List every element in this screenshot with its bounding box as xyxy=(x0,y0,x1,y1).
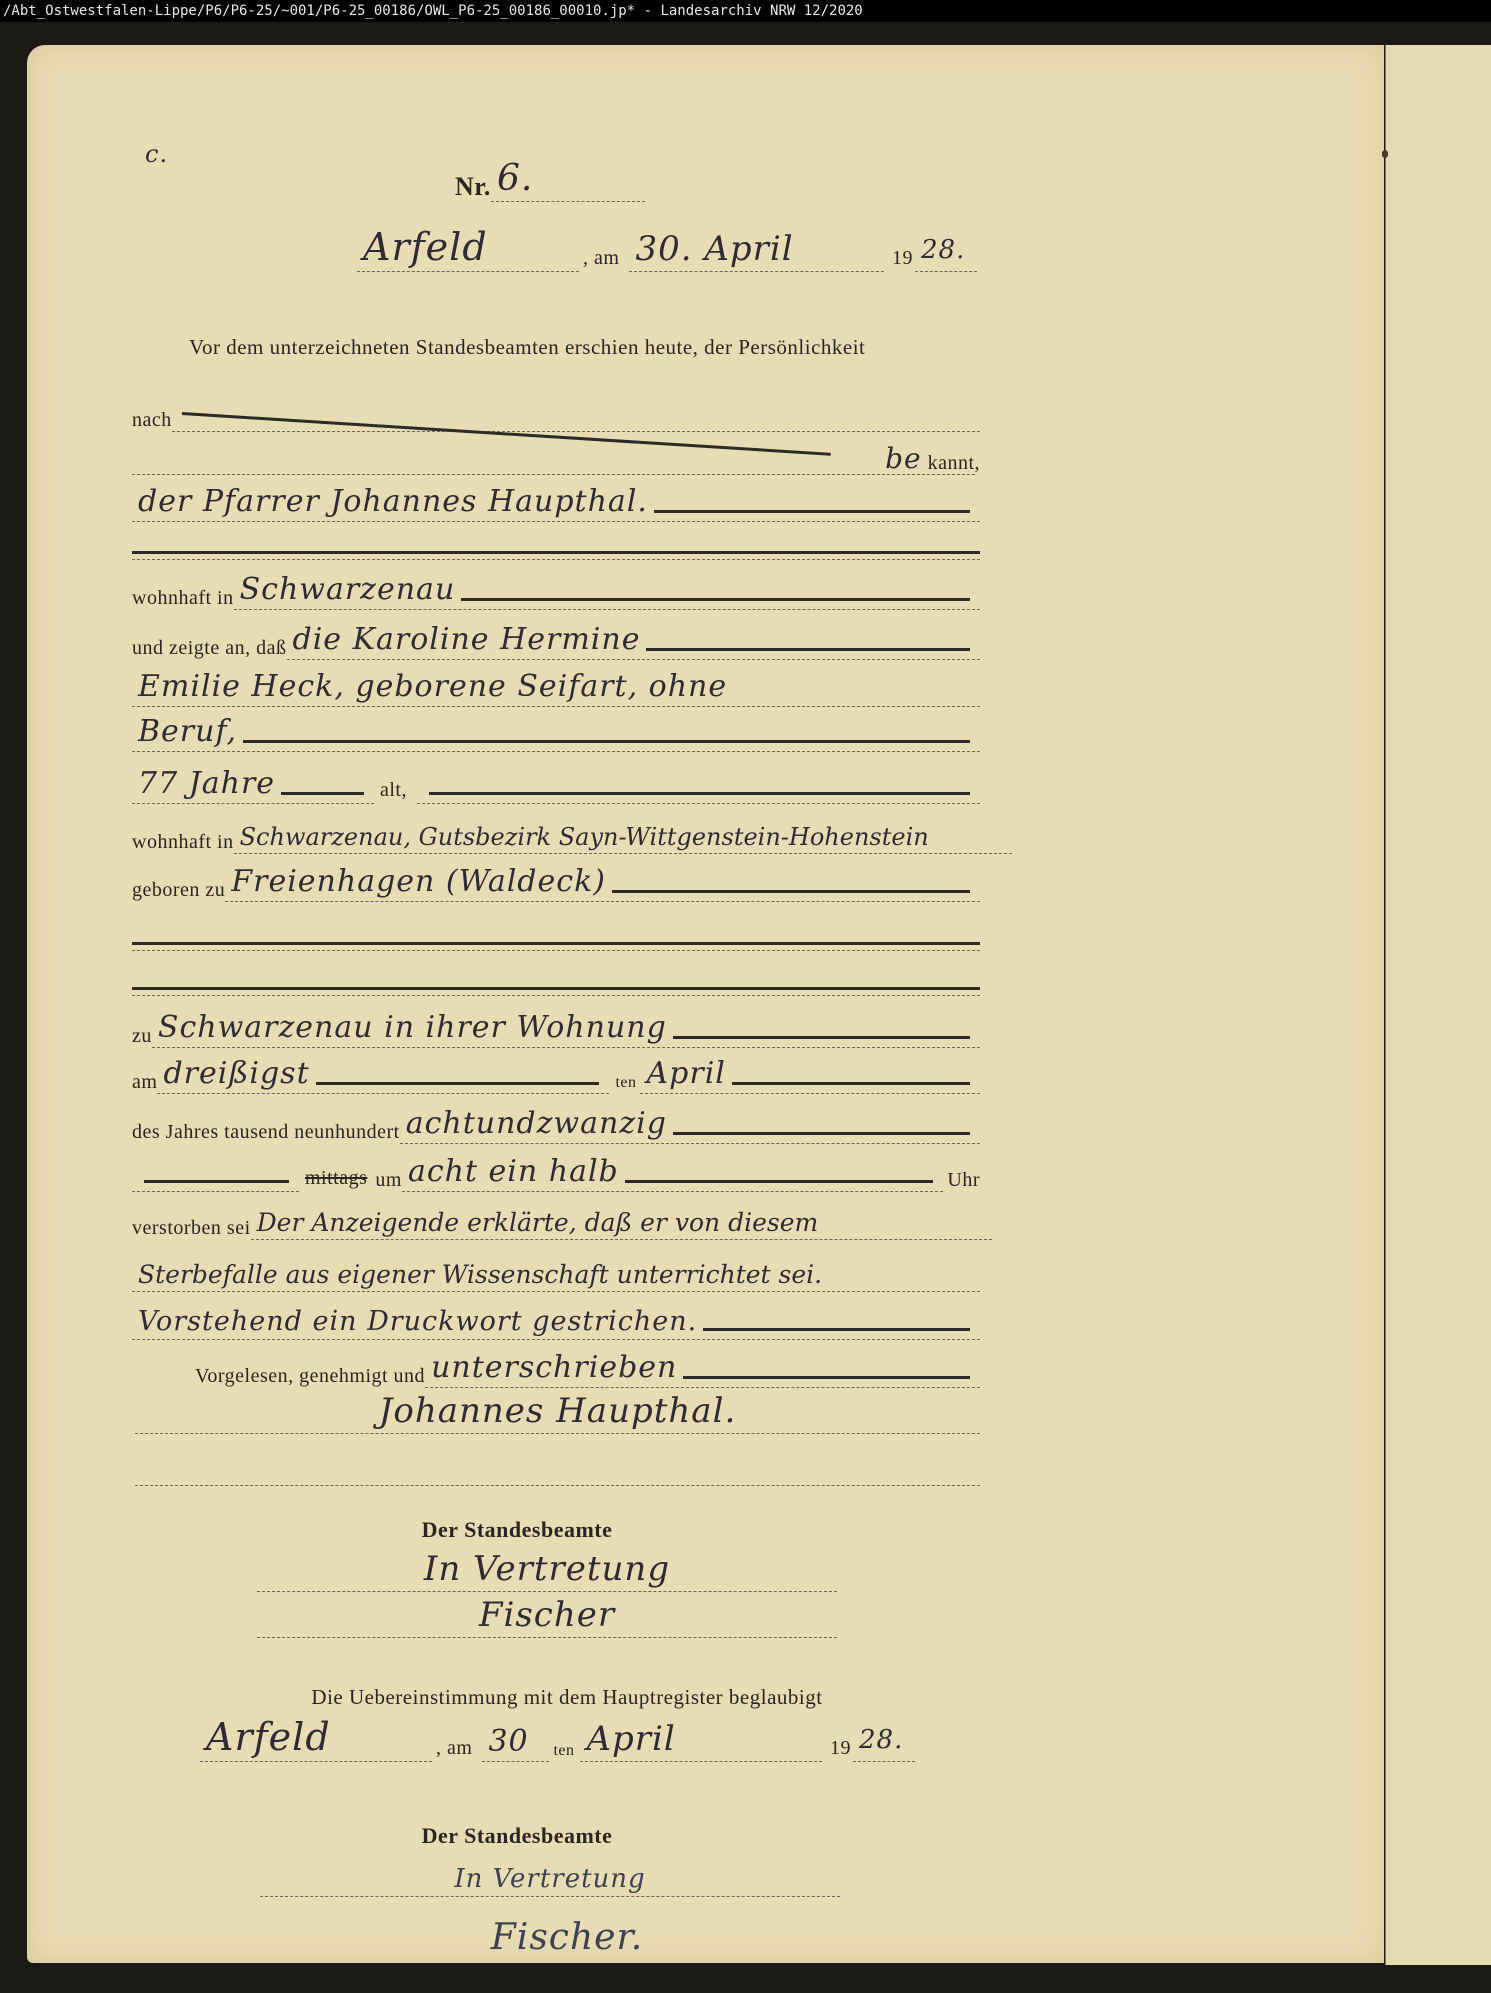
intro-text: Vor dem unterzeichneten Standesbeamten e… xyxy=(189,335,979,360)
death-time: acht ein halb xyxy=(402,1155,943,1192)
cert-year-suffix: 28. xyxy=(853,1725,915,1762)
official-line2-row: Fischer xyxy=(257,1601,837,1638)
certification-place: Arfeld xyxy=(200,1725,432,1762)
birthplace: Freienhagen (Waldeck) xyxy=(225,865,980,902)
time-prefix-filler xyxy=(132,1155,299,1192)
binding-stitch xyxy=(1382,150,1388,158)
deceased-name-row3: Beruf, xyxy=(132,715,980,752)
register-page: c. Nr. 6. Arfeld , am 30. April 19 28. V… xyxy=(27,45,1384,1963)
wohnhaft-label: wohnhaft in xyxy=(132,831,234,854)
cert-official-signature: Fischer. xyxy=(457,1917,677,1958)
cert-am-label: , am xyxy=(436,1737,472,1760)
am-label: am xyxy=(132,1071,157,1094)
death-date-row: am dreißigst ten April xyxy=(132,1057,980,1094)
death-day: dreißigst xyxy=(157,1057,609,1094)
filler-line xyxy=(132,942,980,945)
cert-official-title: Der Standesbeamte xyxy=(357,1823,677,1849)
announcement-row: und zeigte an, daß die Karoline Hermine xyxy=(132,623,980,660)
approval-value: unterschrieben xyxy=(425,1351,980,1388)
birthplace-row: geboren zu Freienhagen (Waldeck) xyxy=(132,865,980,902)
wohnhaft-label: wohnhaft in xyxy=(132,587,234,610)
mittags-label-struck: mittags xyxy=(305,1167,367,1190)
cert-year-prefix: 19 xyxy=(830,1737,851,1760)
year-suffix: 28. xyxy=(915,235,977,272)
nr-value: 6. xyxy=(491,165,645,202)
place-date-row: Arfeld , am 30. April 19 28. xyxy=(357,235,977,272)
geboren-label: geboren zu xyxy=(132,879,225,902)
nach-field xyxy=(172,395,980,432)
death-place-row: zu Schwarzenau in ihrer Wohnung xyxy=(132,1011,980,1048)
remark-line2: Sterbefalle aus eigener Wissenschaft unt… xyxy=(132,1255,980,1292)
official-title: Der Standesbeamte xyxy=(357,1517,677,1543)
certification-text: Die Uebereinstimmung mit dem Hauptregist… xyxy=(267,1685,867,1710)
record-number-row: Nr. 6. xyxy=(455,165,645,202)
death-year: achtundzwanzig xyxy=(400,1107,980,1144)
jahres-label: des Jahres tausend neunhundert xyxy=(132,1121,400,1144)
approval-label: Vorgelesen, genehmigt und xyxy=(195,1365,425,1388)
remark-line1: Der Anzeigende erklärte, daß er von dies… xyxy=(251,1203,992,1240)
deceased-name-line1: die Karoline Hermine xyxy=(287,623,981,660)
age-row: 77 Jahre alt, xyxy=(132,767,980,804)
corner-mark: c. xyxy=(145,140,168,168)
dotted-rule xyxy=(132,950,980,951)
window-title-bar: /Abt_Ostwestfalen-Lippe/P6/P6-25/~001/P6… xyxy=(0,0,1491,22)
remark-row3: Vorstehend ein Druckwort gestrichen. xyxy=(132,1303,980,1340)
informant-signature-row: Johannes Haupthal. xyxy=(135,1397,980,1434)
cert-ten-label: ten xyxy=(553,1742,574,1760)
certification-month: April xyxy=(580,1725,822,1762)
nr-label: Nr. xyxy=(455,172,491,202)
approval-row: Vorgelesen, genehmigt und unterschrieben xyxy=(195,1351,980,1388)
filler-line xyxy=(132,987,980,990)
nach-label: nach xyxy=(132,409,172,432)
death-year-row: des Jahres tausend neunhundert achtundzw… xyxy=(132,1107,980,1144)
year-prefix: 19 xyxy=(892,247,913,270)
death-place: Schwarzenau in ihrer Wohnung xyxy=(152,1011,980,1048)
nach-row: nach xyxy=(132,395,980,432)
alt-label: alt, xyxy=(380,779,407,802)
certification-day: 30 xyxy=(482,1725,549,1762)
filler-line xyxy=(132,551,980,554)
death-time-row: mittags um acht ein halb Uhr xyxy=(132,1155,980,1192)
deceased-residence: Schwarzenau, Gutsbezirk Sayn-Wittgenstei… xyxy=(234,817,1012,854)
ten-label: ten xyxy=(615,1074,636,1092)
bekannt-field xyxy=(132,438,975,475)
date-value: 30. April xyxy=(629,235,884,272)
deceased-occupation: Beruf, xyxy=(132,715,980,752)
zeigte-label: und zeigte an, daß xyxy=(132,637,287,660)
informant-residence: Schwarzenau xyxy=(234,573,980,610)
um-label: um xyxy=(375,1169,402,1192)
remark-line3: Vorstehend ein Druckwort gestrichen. xyxy=(132,1303,980,1340)
official-signature: Fischer xyxy=(257,1601,837,1638)
remark-row2: Sterbefalle aus eigener Wissenschaft unt… xyxy=(132,1255,980,1292)
remark-row1: verstorben sei Der Anzeigende erklärte, … xyxy=(132,1203,992,1240)
verstorben-label: verstorben sei xyxy=(132,1217,251,1240)
dotted-rule xyxy=(132,995,980,996)
informant-row: der Pfarrer Johannes Haupthal. xyxy=(132,485,980,522)
age-filler xyxy=(417,767,980,804)
official-line1: In Vertretung xyxy=(257,1555,837,1592)
cert-official-line1: In Vertretung xyxy=(260,1860,840,1897)
uhr-label: Uhr xyxy=(947,1169,980,1192)
deceased-name-row2: Emilie Heck, geborene Seifart, ohne xyxy=(132,670,980,707)
official-line1-row: In Vertretung xyxy=(257,1555,837,1592)
deceased-residence-row: wohnhaft in Schwarzenau, Gutsbezirk Sayn… xyxy=(132,817,1012,854)
death-month: April xyxy=(640,1057,980,1094)
informant-signature: Johannes Haupthal. xyxy=(135,1397,980,1434)
facing-page-edge xyxy=(1385,45,1491,1965)
zu-label: zu xyxy=(132,1025,152,1048)
bekannt-row: be kannt, xyxy=(132,438,980,475)
informant-name: der Pfarrer Johannes Haupthal. xyxy=(132,485,980,522)
deceased-name-line2: Emilie Heck, geborene Seifart, ohne xyxy=(132,670,980,707)
dotted-rule xyxy=(135,1485,980,1486)
certification-date-row: Arfeld , am 30 ten April 19 28. xyxy=(200,1725,915,1762)
place-value: Arfeld xyxy=(357,235,579,272)
dotted-rule xyxy=(132,559,980,560)
informant-residence-row: wohnhaft in Schwarzenau xyxy=(132,573,980,610)
age-value: 77 Jahre xyxy=(132,767,374,804)
cert-official-line1-row: In Vertretung xyxy=(260,1860,840,1897)
am-label: , am xyxy=(583,247,619,270)
